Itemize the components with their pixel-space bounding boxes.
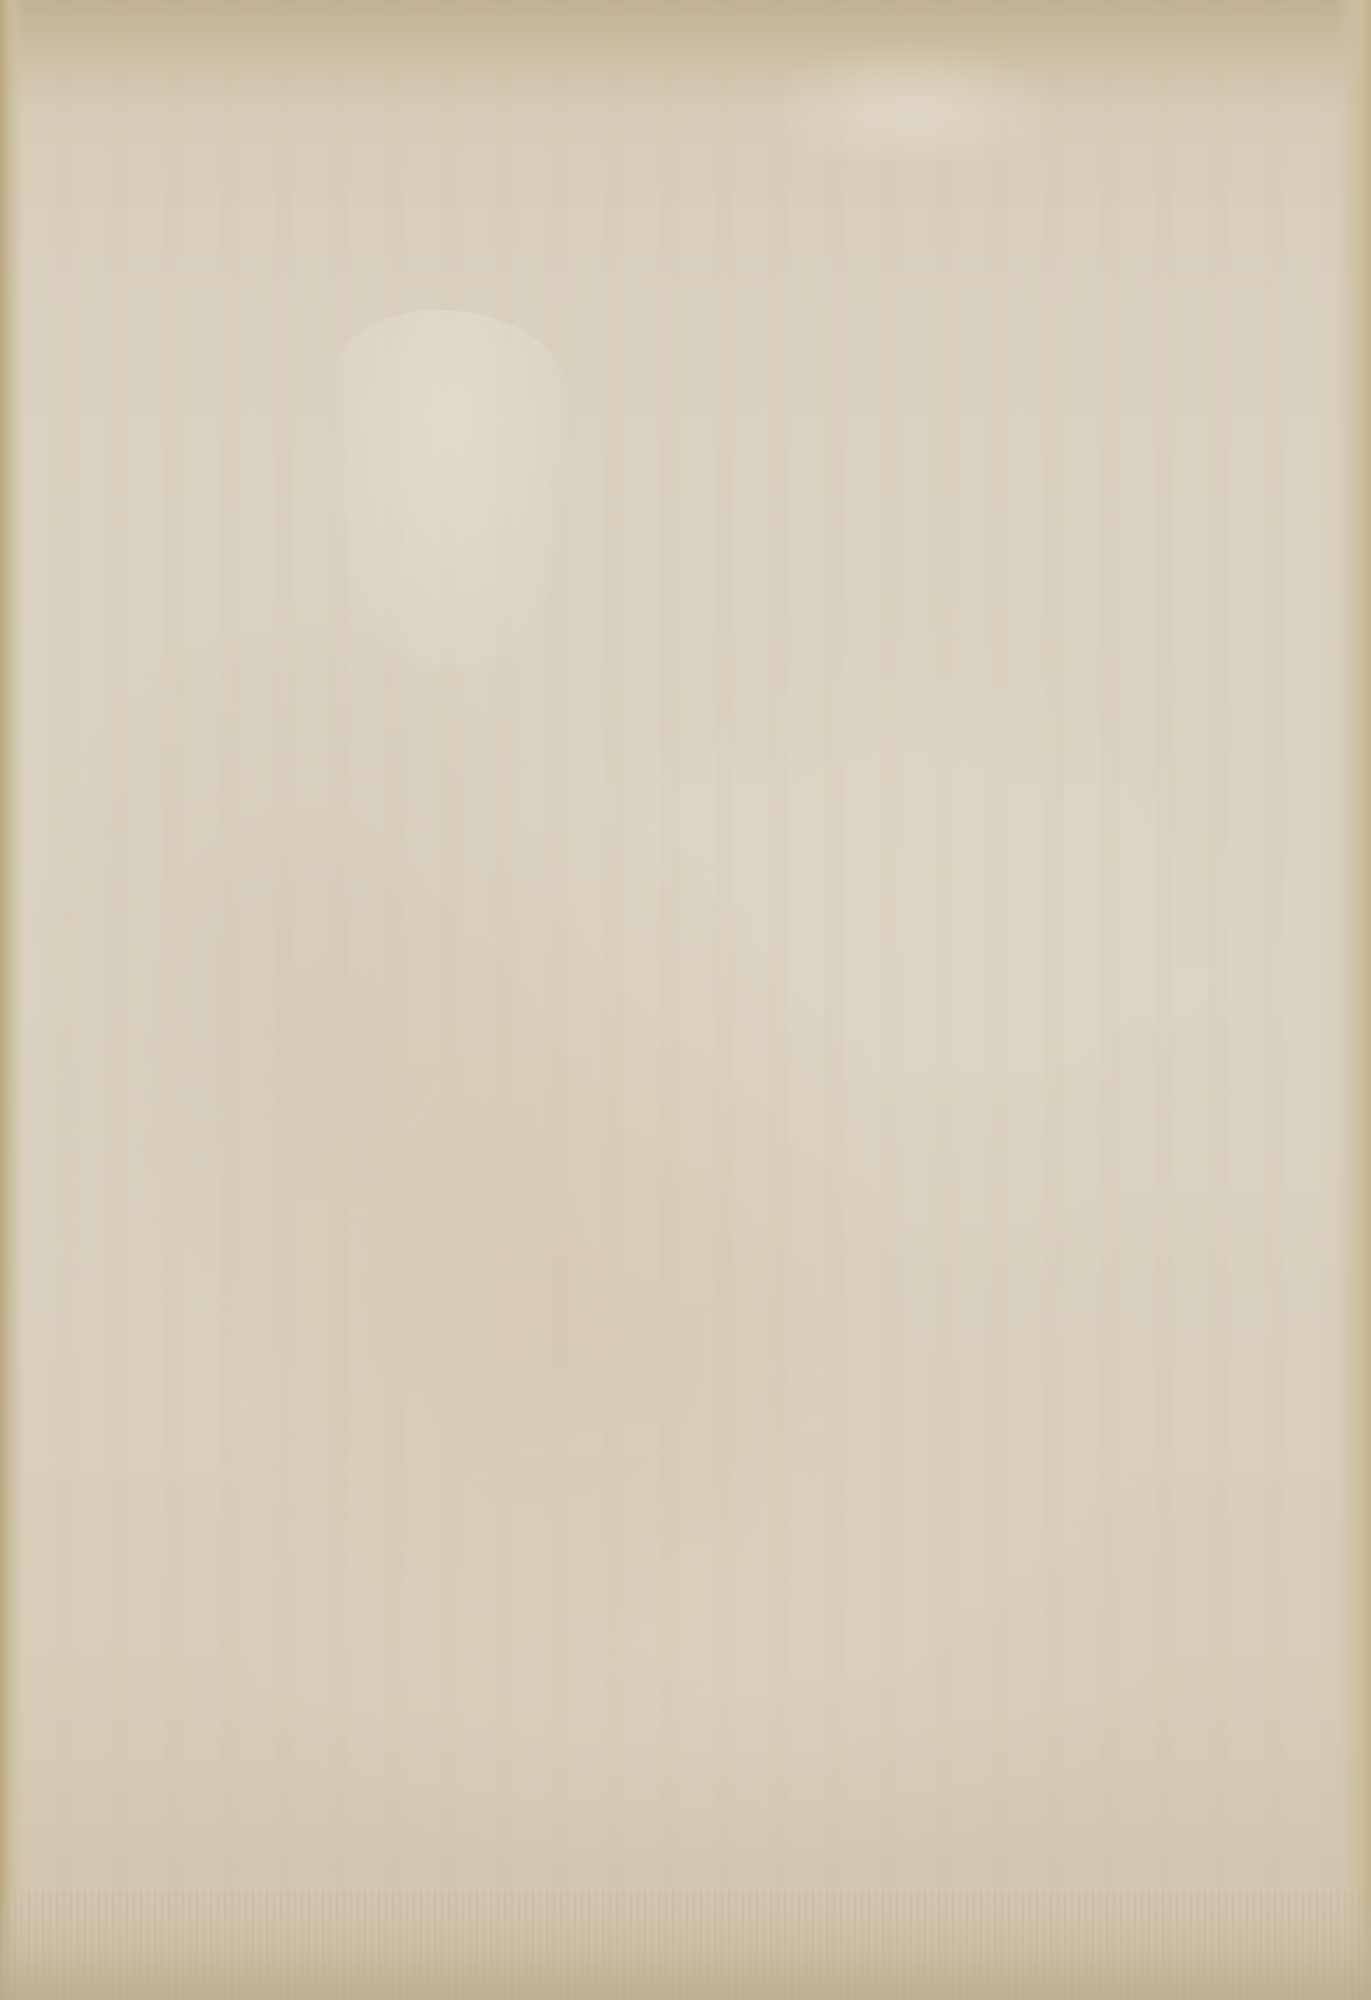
right-edge-border <box>1335 0 1371 2000</box>
paper-tone-layer <box>0 0 1371 2000</box>
top-stain-band <box>0 0 1371 2000</box>
drip-streaks <box>0 0 1371 2000</box>
left-edge-border <box>0 0 24 2000</box>
top-light-patch <box>760 40 1060 160</box>
aged-paper-background <box>0 0 1371 2000</box>
water-stain <box>330 310 570 670</box>
bottom-stain-band <box>0 1890 1371 2000</box>
